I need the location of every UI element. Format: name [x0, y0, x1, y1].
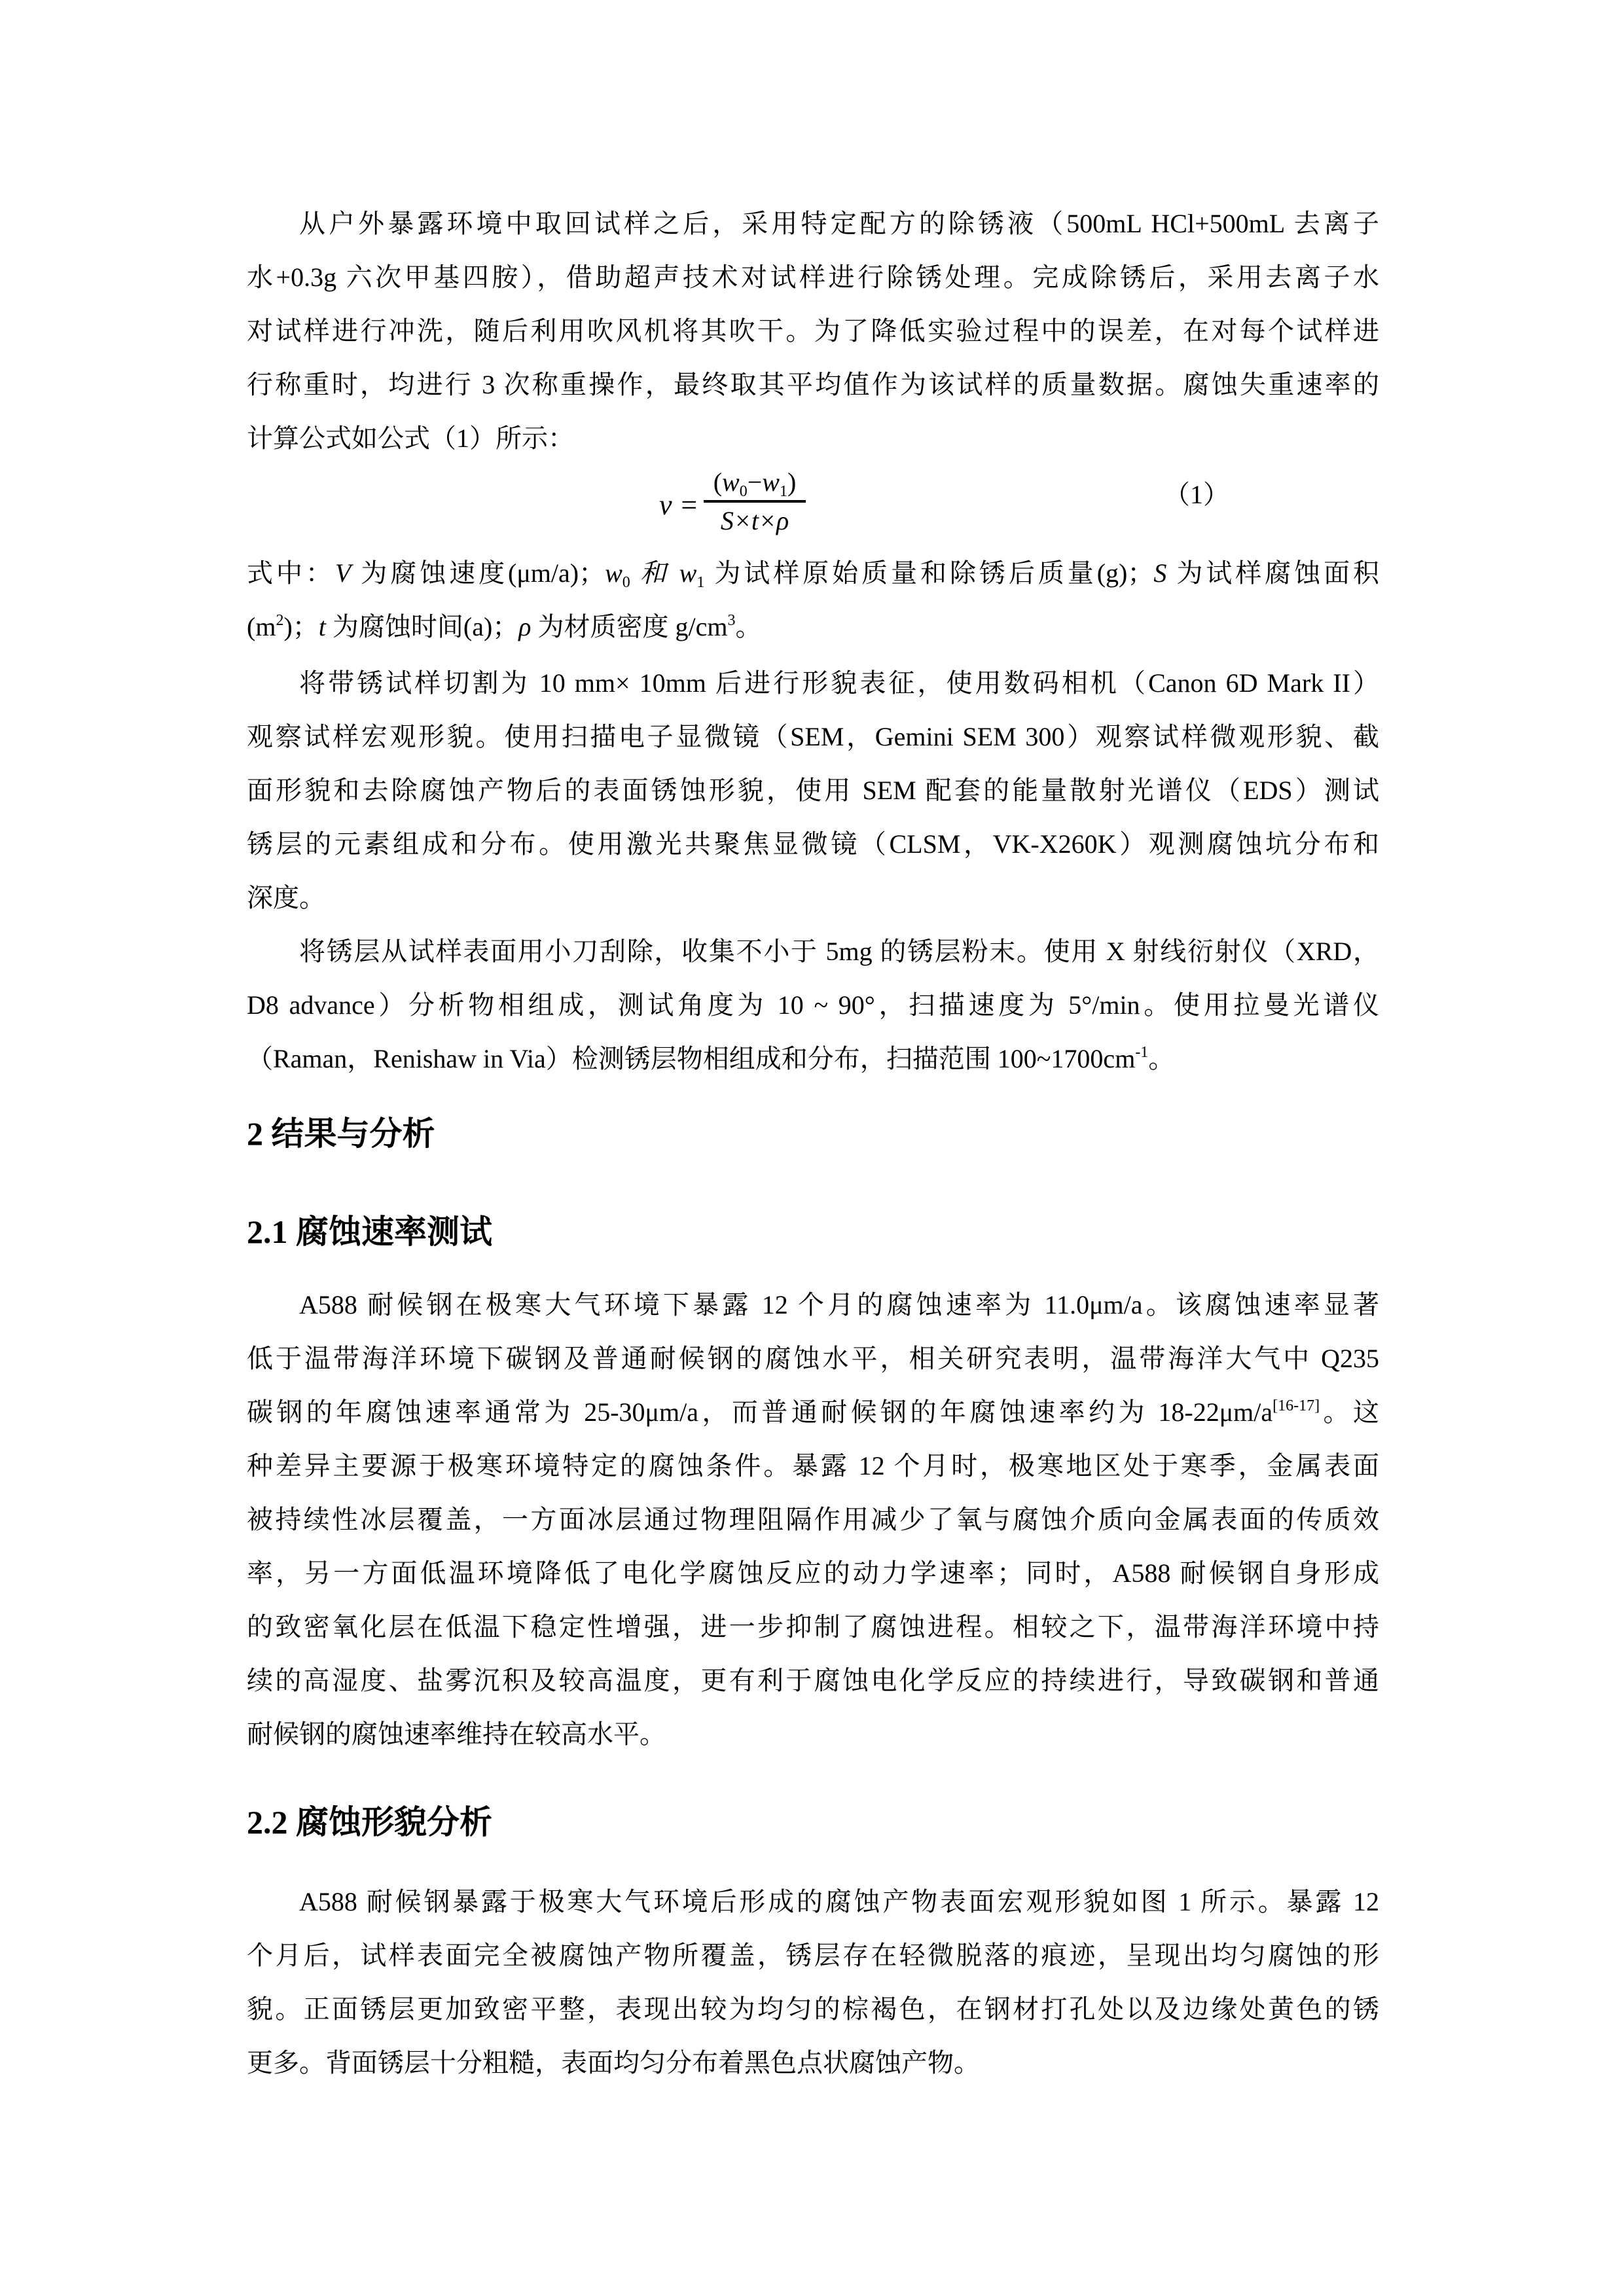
text-line: A588 耐候钢暴露于极寒大气环境后形成的腐蚀产物表面宏观形貌如图 1 所示。暴… — [247, 1886, 1379, 1918]
text-line: 低于温带海洋环境下碳钢及普通耐候钢的腐蚀水平，相关研究表明，温带海洋大气中 Q2… — [247, 1343, 1379, 1374]
section-heading-corrosion-morphology: 2.2 腐蚀形貌分析 — [247, 1803, 492, 1842]
text-line: 碳钢的年腐蚀速率通常为 25-30μm/a，而普通耐候钢的年腐蚀速率约为 18-… — [247, 1397, 1379, 1428]
text-line: 率，另一方面低温环境降低了电化学腐蚀反应的动力学速率；同时，A588 耐候钢自身… — [247, 1558, 1379, 1589]
text-line: 被持续性冰层覆盖，一方面冰层通过物理阻隔作用减少了氧与腐蚀介质向金属表面的传质效 — [247, 1504, 1379, 1535]
symbol-s: S — [1153, 558, 1166, 588]
text-span: 。这 — [1320, 1397, 1379, 1427]
text-line: （Raman，Renishaw in Via）检测锈层物相组成和分布，扫描范围 … — [247, 1043, 1379, 1075]
w0-symbol: w — [722, 467, 740, 497]
symbol-rho: ρ — [518, 612, 531, 641]
w1-subscript: 1 — [780, 483, 787, 500]
text-span: 为试样腐蚀面积 — [1166, 558, 1379, 588]
text-span: (m — [247, 612, 276, 641]
text-line: 从户外暴露环境中取回试样之后，采用特定配方的除锈液（500mL HCl+500m… — [247, 208, 1379, 240]
text-line: 耐候钢的腐蚀速率维持在较高水平。 — [247, 1719, 1379, 1750]
section-heading-corrosion-rate: 2.1 腐蚀速率测试 — [247, 1212, 492, 1251]
superscript: 3 — [727, 612, 735, 629]
superscript: -1 — [1135, 1044, 1148, 1061]
text-span: 为腐蚀时间(a)； — [326, 612, 518, 641]
symbol-t: t — [319, 612, 326, 641]
text-line: 计算公式如公式（1）所示： — [247, 423, 1379, 454]
fraction-bar — [704, 500, 806, 503]
text-line: 式中：V 为腐蚀速度(μm/a)；w0 和 w1 为试样原始质量和除锈后质量(g… — [247, 558, 1379, 589]
text-line: 续的高湿度、盐雾沉积及较高温度，更有利于腐蚀电化学反应的持续进行，导致碳钢和普通 — [247, 1665, 1379, 1696]
text-line: 貌。正面锈层更加致密平整，表现出较为均匀的棕褐色，在钢材打孔处以及边缘处黄色的锈 — [247, 1994, 1379, 2025]
text-line: 深度。 — [247, 882, 1379, 914]
formula-lhs: v = — [659, 488, 698, 522]
text-line: 个月后，试样表面完全被腐蚀产物所覆盖，锈层存在轻微脱落的痕迹，呈现出均匀腐蚀的形 — [247, 1940, 1379, 1971]
text-span: 为腐蚀速度(μm/a)； — [351, 558, 605, 588]
text-span: 碳钢的年腐蚀速率通常为 25-30μm/a，而普通耐候钢的年腐蚀速率约为 18-… — [247, 1397, 1272, 1427]
text-line: (m2)；t 为腐蚀时间(a)；ρ 为材质密度 g/cm3。 — [247, 611, 1379, 643]
text-span: （Raman，Renishaw in Via）检测锈层物相组成和分布，扫描范围 … — [247, 1044, 1135, 1073]
symbol-v: V — [335, 558, 351, 588]
citation: [16-17] — [1272, 1397, 1320, 1414]
formula-denominator: S×t×ρ — [704, 505, 806, 537]
paren-close: ) — [787, 467, 796, 497]
subscript: 1 — [696, 574, 704, 591]
text-line: 水+0.3g 六次甲基四胺），借助超声技术对试样进行除锈处理。完成除锈后，采用去… — [247, 262, 1379, 293]
text-span: 为试样原始质量和除锈后质量(g)； — [704, 558, 1153, 588]
text-line: 观察试样宏观形貌。使用扫描电子显微镜（SEM，Gemini SEM 300）观察… — [247, 721, 1379, 753]
equation-number: （1） — [1164, 479, 1229, 511]
text-span: 。 — [735, 612, 761, 641]
minus-sign: − — [748, 467, 763, 497]
text-line: 行称重时，均进行 3 次称重操作，最终取其平均值作为该试样的质量数据。腐蚀失重速… — [247, 369, 1379, 401]
text-line: 面形貌和去除腐蚀产物后的表面锈蚀形貌，使用 SEM 配套的能量散射光谱仪（EDS… — [247, 775, 1379, 806]
paren-open: ( — [713, 467, 722, 497]
text-line: D8 advance）分析物相组成，测试角度为 10 ~ 90°，扫描速度为 5… — [247, 990, 1379, 1021]
subscript: 0 — [623, 574, 630, 591]
text-line: 将带锈试样切割为 10 mm× 10mm 后进行形貌表征，使用数码相机（Cano… — [247, 668, 1379, 699]
text-line: 更多。背面锈层十分粗糙，表面均匀分布着黑色点状腐蚀产物。 — [247, 2047, 1379, 2079]
text-span: 和 — [630, 558, 679, 588]
text-span: 。 — [1148, 1044, 1174, 1073]
formula-numerator: (w0−w1) — [704, 466, 806, 499]
w0-subscript: 0 — [740, 483, 748, 500]
section-heading-results: 2 结果与分析 — [247, 1114, 435, 1153]
text-line: 种差异主要源于极寒环境特定的腐蚀条件。暴露 12 个月时，极寒地区处于寒季，金属… — [247, 1450, 1379, 1482]
w1-symbol: w — [762, 467, 780, 497]
text-line: A588 耐候钢在极寒大气环境下暴露 12 个月的腐蚀速率为 11.0μm/a。… — [247, 1289, 1379, 1321]
text-line: 的致密氧化层在低温下稳定性增强，进一步抑制了腐蚀进程。相较之下，温带海洋环境中持 — [247, 1611, 1379, 1643]
text-span: )； — [283, 612, 318, 641]
text-line: 锈层的元素组成和分布。使用激光共聚焦显微镜（CLSM，VK-X260K）观测腐蚀… — [247, 829, 1379, 860]
text-line: 将锈层从试样表面用小刀刮除，收集不小于 5mg 的锈层粉末。使用 X 射线衍射仪… — [247, 936, 1379, 967]
symbol-w0: w — [605, 558, 623, 588]
superscript: 2 — [276, 612, 283, 629]
text-span: 为材质密度 g/cm — [532, 612, 728, 641]
symbol-w1: w — [679, 558, 697, 588]
text-line: 对试样进行冲洗，随后利用吹风机将其吹干。为了降低实验过程中的误差，在对每个试样进 — [247, 315, 1379, 347]
text-span: 式中： — [247, 558, 335, 588]
corrosion-rate-formula: v = (w0−w1) S×t×ρ — [659, 458, 856, 543]
formula-fraction: (w0−w1) S×t×ρ — [704, 466, 806, 537]
